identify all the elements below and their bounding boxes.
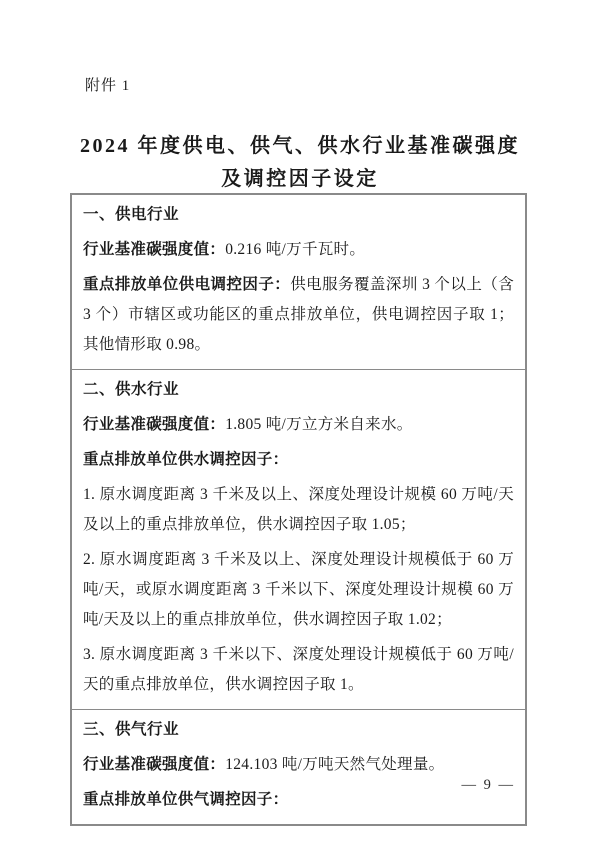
attachment-label: 附件 1 [85, 74, 130, 95]
section-heading-gas: 三、供气行业 [83, 715, 514, 745]
section-water-supply: 二、供水行业 行业基准碳强度值：1.805 吨/万立方米自来水。 重点排放单位供… [72, 370, 525, 710]
section-gas-supply: 三、供气行业 行业基准碳强度值：124.103 吨/万吨天然气处理量。 重点排放… [72, 710, 525, 824]
paragraph-label: 重点排放单位供水调控因子： [83, 451, 288, 468]
paragraph-water-factor-label: 重点排放单位供水调控因子： [83, 445, 514, 475]
paragraph-text: 2. 原水调度距离 3 千米及以上、深度处理设计规模低于 60 万吨/天，或原水… [83, 551, 514, 628]
paragraph-power-benchmark: 行业基准碳强度值：0.216 吨/万千瓦时。 [83, 235, 514, 265]
section-power-supply: 一、供电行业 行业基准碳强度值：0.216 吨/万千瓦时。 重点排放单位供电调控… [72, 195, 525, 370]
paragraph-text: 0.216 吨/万千瓦时。 [225, 241, 365, 258]
paragraph-text: 124.103 吨/万吨天然气处理量。 [225, 756, 444, 773]
document-page: 附件 1 2024 年度供电、供气、供水行业基准碳强度 及调控因子设定 一、供电… [0, 0, 600, 848]
paragraph-gas-benchmark: 行业基准碳强度值：124.103 吨/万吨天然气处理量。 [83, 750, 514, 780]
document-title: 2024 年度供电、供气、供水行业基准碳强度 及调控因子设定 [0, 130, 600, 196]
paragraph-text: 1.805 吨/万立方米自来水。 [225, 416, 412, 433]
paragraph-water-factor-item-1: 1. 原水调度距离 3 千米及以上、深度处理设计规模 60 万吨/天及以上的重点… [83, 480, 514, 540]
document-title-line-1: 2024 年度供电、供气、供水行业基准碳强度 [0, 130, 600, 163]
paragraph-label: 行业基准碳强度值： [83, 756, 225, 773]
section-heading-power: 一、供电行业 [83, 200, 514, 230]
paragraph-label: 重点排放单位供电调控因子： [83, 276, 290, 293]
paragraph-text: 3. 原水调度距离 3 千米以下、深度处理设计规模低于 60 万吨/天的重点排放… [83, 646, 514, 693]
paragraph-gas-factor-label: 重点排放单位供气调控因子： [83, 785, 514, 815]
paragraph-label: 重点排放单位供气调控因子： [83, 791, 288, 808]
section-heading-water: 二、供水行业 [83, 375, 514, 405]
paragraph-label: 行业基准碳强度值： [83, 241, 225, 258]
page-number: — 9 — [462, 777, 516, 794]
paragraph-text: 1. 原水调度距离 3 千米及以上、深度处理设计规模 60 万吨/天及以上的重点… [83, 486, 514, 533]
paragraph-label: 行业基准碳强度值： [83, 416, 225, 433]
paragraph-water-factor-item-3: 3. 原水调度距离 3 千米以下、深度处理设计规模低于 60 万吨/天的重点排放… [83, 640, 514, 700]
paragraph-water-benchmark: 行业基准碳强度值：1.805 吨/万立方米自来水。 [83, 410, 514, 440]
document-title-line-2: 及调控因子设定 [0, 163, 600, 196]
paragraph-water-factor-item-2: 2. 原水调度距离 3 千米及以上、深度处理设计规模低于 60 万吨/天，或原水… [83, 545, 514, 635]
content-table: 一、供电行业 行业基准碳强度值：0.216 吨/万千瓦时。 重点排放单位供电调控… [70, 193, 527, 826]
paragraph-power-factor: 重点排放单位供电调控因子：供电服务覆盖深圳 3 个以上（含 3 个）市辖区或功能… [83, 270, 514, 360]
